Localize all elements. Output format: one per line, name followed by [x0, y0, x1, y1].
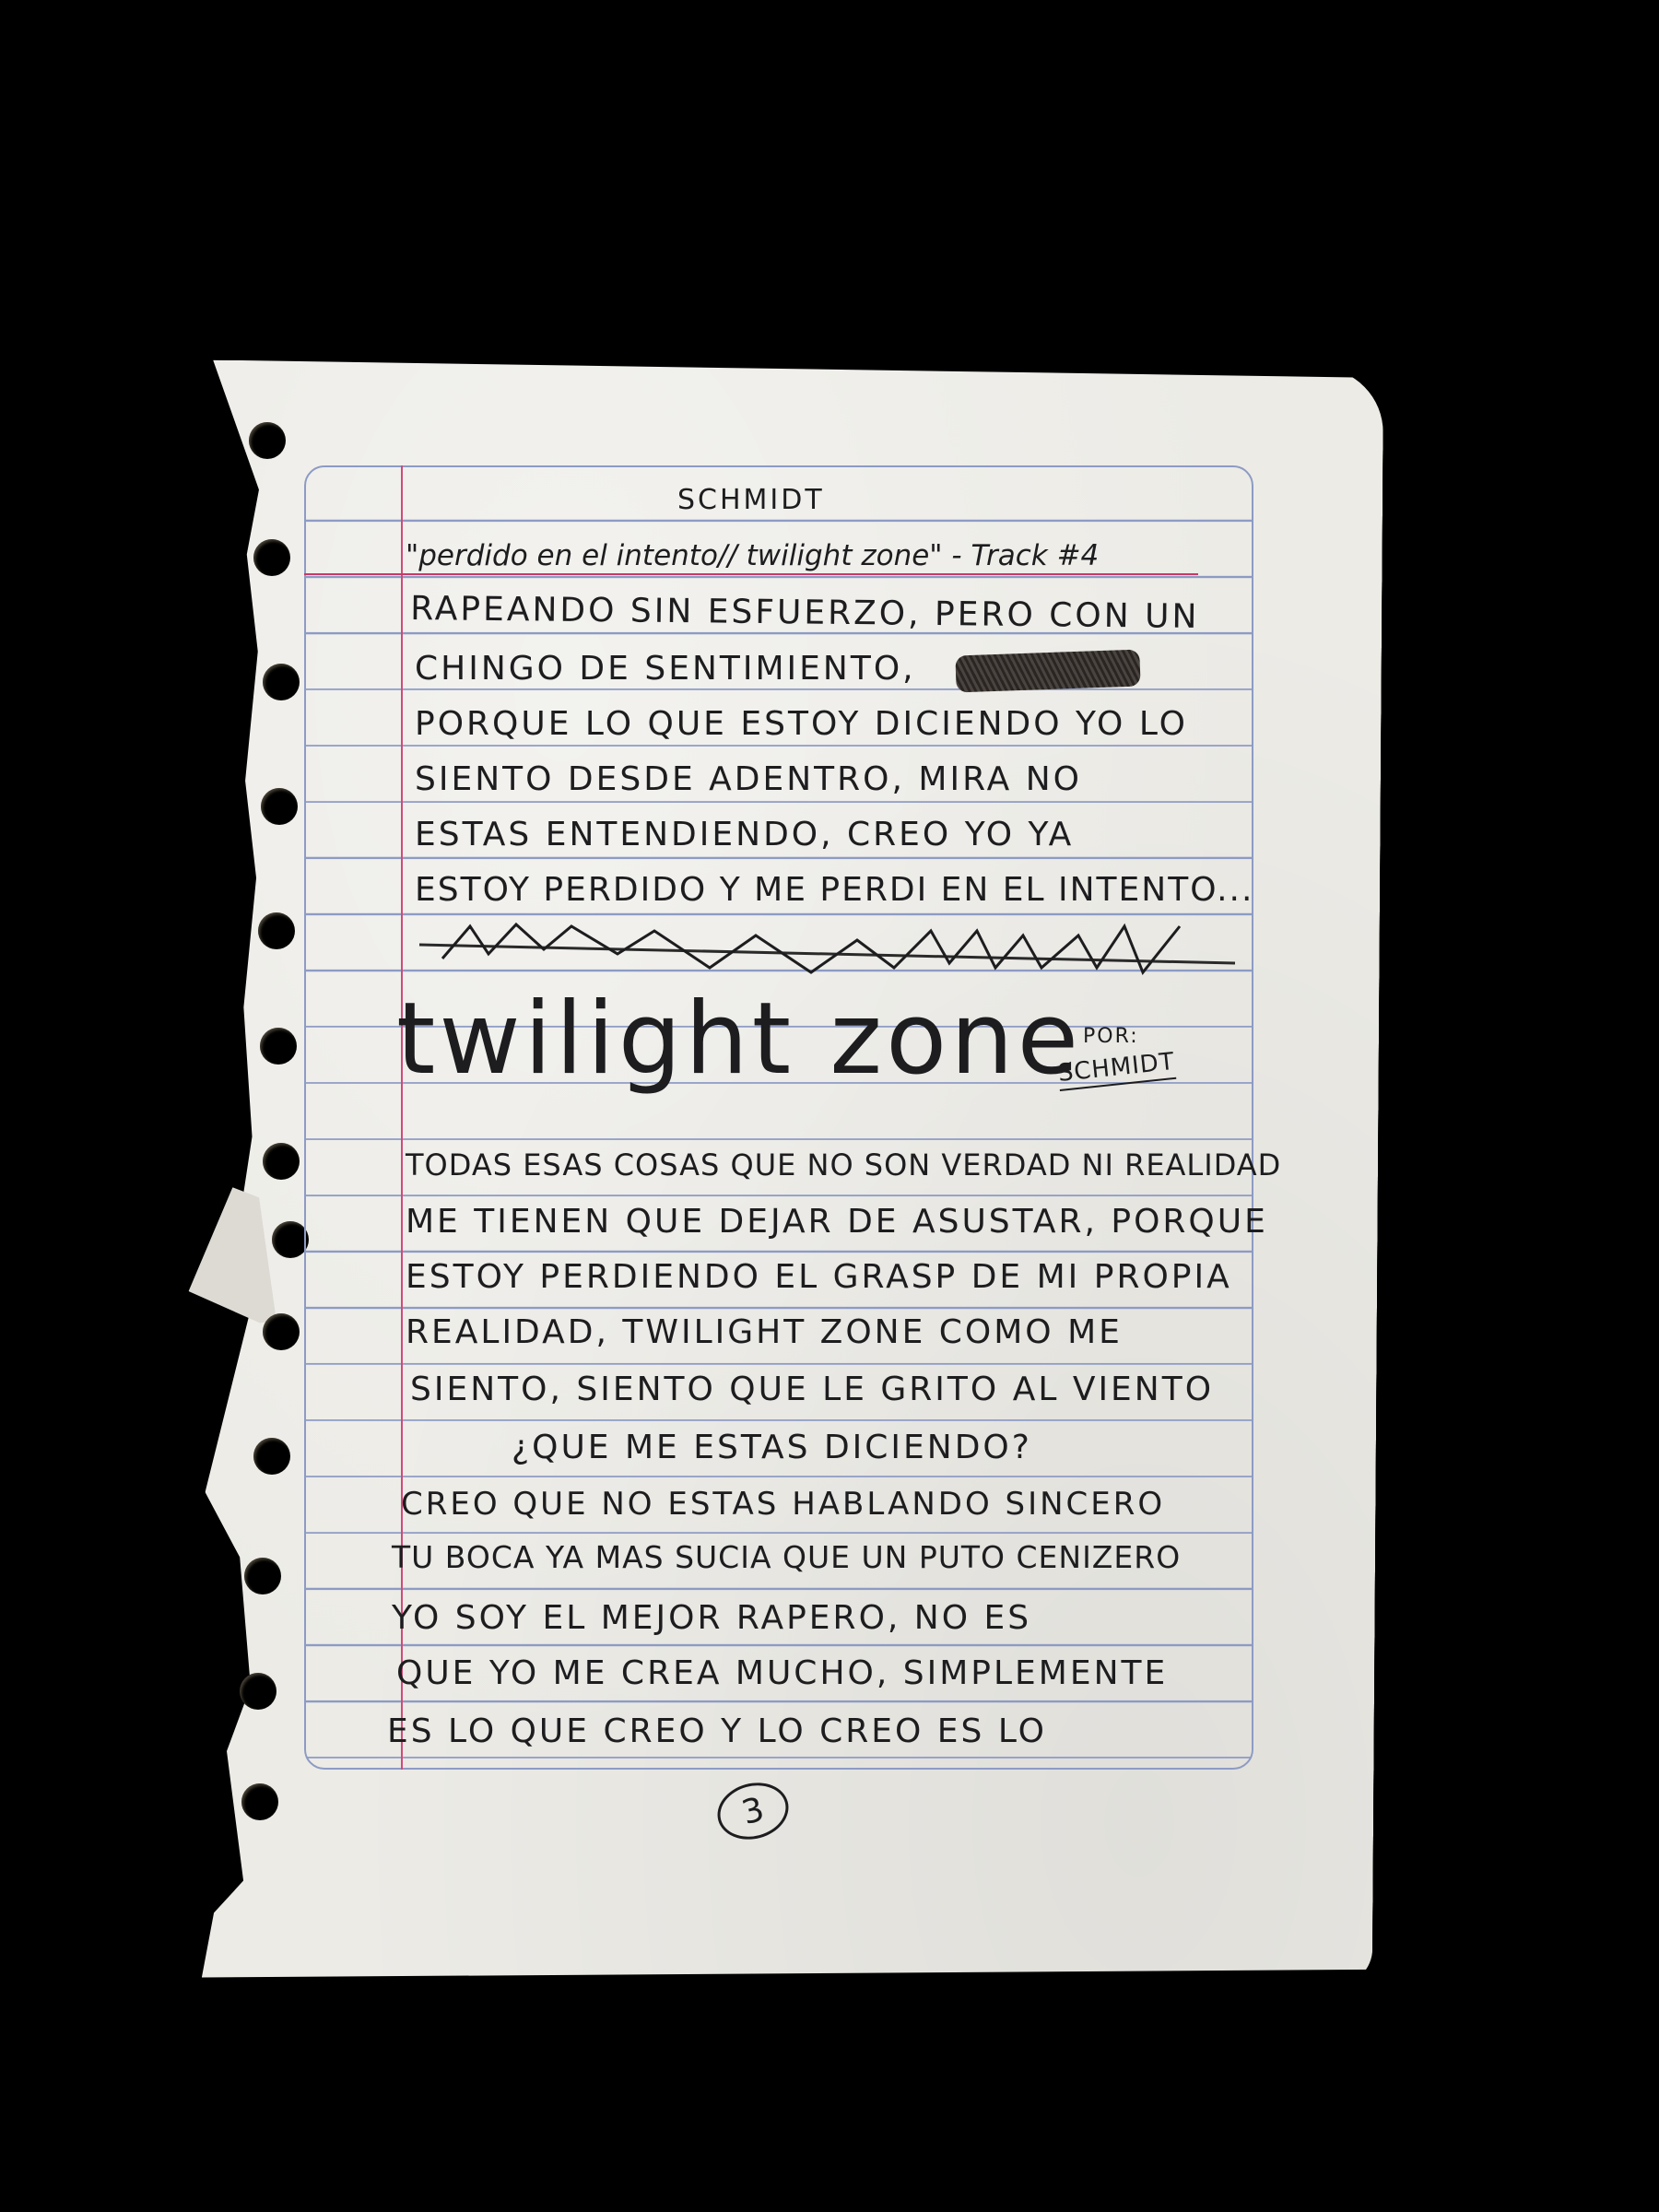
binder-hole [261, 788, 298, 825]
binder-hole [240, 1673, 276, 1710]
lyric-line: CREO QUE NO ESTAS HABLANDO SINCERO [401, 1486, 1165, 1523]
lyric-line: QUE YO ME CREA MUCHO, SIMPLEMENTE [396, 1654, 1168, 1692]
track-title-line: "perdido en el intento// twilight zone" … [406, 539, 1099, 572]
binder-hole [253, 1438, 290, 1475]
red-margin-line-horizontal [304, 573, 1198, 575]
binder-hole [258, 912, 295, 949]
binder-hole [244, 1558, 281, 1594]
author-header: SCHMIDT [677, 484, 825, 516]
lyric-line: ESTAS ENTENDIENDO, CREO YO YA [415, 816, 1074, 853]
wavy-divider-line [415, 917, 1244, 982]
binder-hole [260, 1028, 297, 1065]
lyric-line: ES LO QUE CREO Y LO CREO ES LO [387, 1712, 1047, 1750]
lyric-line: ESTOY PERDIDO Y ME PERDI EN EL INTENTO..… [415, 871, 1253, 909]
lyric-line: ME TIENEN QUE DEJAR DE ASUSTAR, PORQUE [406, 1203, 1268, 1241]
lyric-line: YO SOY EL MEJOR RAPERO, NO ES [392, 1599, 1031, 1637]
lyric-line: CHINGO DE SENTIMIENTO, [415, 650, 916, 688]
binder-hole [263, 1313, 300, 1350]
lyric-line: ESTOY PERDIENDO EL GRASP DE MI PROPIA [406, 1258, 1232, 1296]
lyric-line: PORQUE LO QUE ESTOY DICIENDO YO LO [415, 705, 1188, 743]
lyric-line: TODAS ESAS COSAS QUE NO SON VERDAD NI RE… [406, 1147, 1281, 1182]
by-label: POR: [1083, 1025, 1139, 1048]
lyric-line: SIENTO DESDE ADENTRO, MIRA NO [415, 760, 1082, 798]
binder-hole [272, 1221, 309, 1258]
lyric-line: TU BOCA YA MAS SUCIA QUE UN PUTO CENIZER… [392, 1539, 1181, 1575]
song-title: twilight zone [396, 982, 1082, 1097]
scribbled-out-word [955, 650, 1140, 693]
binder-hole [253, 539, 290, 576]
lyric-line: REALIDAD, TWILIGHT ZONE COMO ME [406, 1313, 1123, 1351]
lyric-line-centered: ¿QUE ME ESTAS DICIENDO? [512, 1429, 1032, 1466]
lyric-line: SIENTO, SIENTO QUE LE GRITO AL VIENTO [410, 1371, 1214, 1408]
binder-hole [263, 664, 300, 700]
binder-hole [241, 1783, 278, 1820]
binder-hole [249, 422, 286, 459]
binder-hole [263, 1143, 300, 1180]
